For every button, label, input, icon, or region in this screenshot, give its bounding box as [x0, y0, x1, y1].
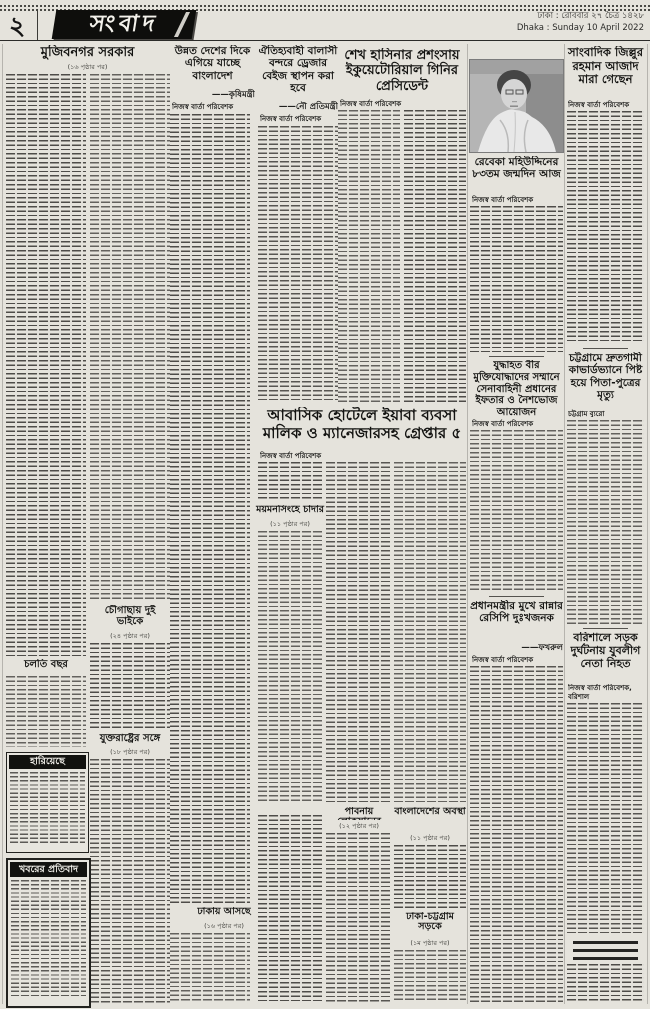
byline: চট্টগ্রাম ব্যুরো — [568, 408, 644, 417]
body-text-column — [258, 126, 338, 403]
body-text-column — [338, 110, 400, 405]
news-protest-body — [11, 880, 86, 996]
body-text-column — [6, 676, 86, 747]
subhead-mymensingh: ময়মনসিংহে চাঁদার — [250, 505, 330, 518]
article-separator-rule — [489, 356, 544, 357]
continued-note: (১৬ পৃষ্ঠার পর) — [6, 62, 169, 70]
continued-note: (১৬ পৃষ্ঠার পর) — [184, 921, 264, 929]
body-text-column — [567, 111, 644, 344]
attribution-minister: ——কৃষিমন্ত্রী — [170, 88, 255, 99]
portrait-illustration — [470, 60, 563, 152]
masthead-title: সংবাদ — [88, 13, 160, 36]
byline: নিজস্ব বার্তা পরিবেশক — [260, 450, 360, 459]
continued-note: (১৮ পৃষ্ঠার পর) — [90, 747, 170, 755]
body-text-column — [6, 74, 86, 656]
page-number: ২ — [9, 13, 25, 38]
right-edge-rule — [647, 44, 648, 1004]
masthead-logo: সংবাদ — [52, 10, 197, 39]
headline-sheikh-hasina: শেখ হাসিনার প্রশংসায় ইকুয়েটোরিয়াল গিন… — [338, 48, 466, 95]
body-text-column — [470, 666, 563, 1003]
body-text-column — [470, 430, 563, 592]
dateline-bengali: ঢাকা : রোববার ২৭ চৈত্র ১৪২৮ — [394, 10, 644, 22]
lost-notice-body — [10, 772, 85, 844]
byline: নিজস্ব বার্তা পরিবেশক — [260, 113, 338, 122]
byline: নিজস্ব বার্তা পরিবেশক — [472, 418, 562, 427]
body-text-column — [258, 815, 322, 1003]
continued-note: (২৪ পৃষ্ঠার পর) — [90, 631, 170, 639]
body-text-column — [258, 462, 322, 501]
header-bottom-rule — [0, 40, 650, 41]
subhead-bangladesh-abostha: বাংলাদেশের অবস্থা — [394, 807, 466, 832]
article-separator-rule — [583, 348, 628, 349]
lost-notice-box: হারিয়েছে — [6, 752, 89, 853]
body-text-column — [567, 964, 644, 1003]
byline: নিজস্ব বার্তা পরিবেশক — [172, 101, 254, 110]
body-text-column — [567, 420, 644, 624]
article-separator-rule — [583, 628, 628, 629]
rebeka-mohiuddin-photo — [470, 60, 563, 152]
news-protest-box: খবরের প্রতিবাদ — [6, 858, 91, 1008]
top-dotted-rule — [0, 5, 650, 7]
body-text-column — [326, 462, 390, 803]
subhead-chougachha: চৌগাছায় দুই ভাইকে — [90, 605, 170, 630]
left-edge-rule — [2, 44, 3, 1004]
lost-notice-title: হারিয়েছে — [9, 755, 86, 769]
body-text-column — [394, 950, 466, 1003]
body-text-column — [258, 531, 322, 803]
subhead-dhaka-ctg-road: ঢাকা-চট্টগ্রাম সড়কে — [394, 912, 466, 937]
subhead-pabna: পাবনায় লোকসানের — [326, 807, 392, 820]
headline-balashi: ঐতিহ্যবাহী বালাসী বন্দরে ড্রেজার বেইজ স্… — [258, 45, 338, 99]
header-divider-rule — [37, 9, 38, 40]
headline-army-iftar: যুদ্ধাহত বীর মুক্তিযোদ্ধাদের সম্মানে সেন… — [470, 360, 563, 416]
headline-mujibnagar: মুজিবনগর সরকার — [6, 45, 169, 61]
continued-note: (১১ পৃষ্ঠার পর) — [394, 833, 466, 841]
body-text-column — [394, 462, 466, 803]
subhead-dhakay-aschhe: ঢাকায় আসছে — [184, 907, 264, 920]
continued-note: (১১ পৃষ্ঠার পর) — [250, 519, 330, 527]
body-text-column — [170, 114, 250, 903]
headline-rebeka-birthday: রেবেকা মহিউদ্দিনের ৮৩তম জন্মদিন আজ — [470, 156, 563, 192]
body-text-column — [470, 206, 563, 352]
newspaper-page: ২ সংবাদ ঢাকা : রোববার ২৭ চৈত্র ১৪২৮ Dhak… — [0, 0, 650, 1009]
body-text-column — [326, 833, 390, 1003]
body-text-column — [394, 845, 466, 909]
body-text-column — [404, 110, 466, 405]
headline-covered-van: চট্টগ্রামে দ্রুতগামী কাভার্ডভ্যানে পিষ্ট… — [567, 352, 644, 406]
news-protest-title: খবরের প্রতিবাদ — [10, 862, 87, 877]
body-text-column — [90, 643, 170, 729]
article-separator-rule — [489, 596, 544, 597]
attribution-minister: ——নৌ প্রতিমন্ত্রী — [258, 100, 338, 111]
continued-note: (১ম পৃষ্ঠার পর) — [394, 938, 466, 946]
body-text-column — [90, 759, 170, 1004]
column-rule — [467, 44, 468, 1004]
byline: নিজস্ব বার্তা পরিবেশক — [340, 98, 435, 107]
continued-note: (১২ পৃষ্ঠার পর) — [326, 821, 392, 829]
headline-unnata-desh: উন্নত দেশের দিকে এগিয়ে যাচ্ছে বাংলাদেশ — [170, 45, 255, 87]
headline-fakhrul-recipe: প্রধানমন্ত্রীর মুখে রান্নার রেসিপি দুঃখজ… — [470, 600, 563, 640]
headline-zillur-death: সাংবাদিক জিল্লুর রহমান আজাদ মারা গেছেন — [567, 46, 644, 96]
headline-barishal-accident: বরিশালে সড়ক দুর্ঘটনায় যুবলীগ নেতা নিহত — [567, 632, 644, 682]
byline: নিজস্ব বার্তা পরিবেশক — [568, 99, 644, 108]
attribution-fakhrul: ——ফখরুল — [470, 641, 563, 652]
column-rule — [564, 44, 565, 1004]
byline: নিজস্ব বার্তা পরিবেশক — [472, 654, 562, 663]
illegible-bold-subhead — [573, 941, 638, 961]
headline-yaba-arrests: আবাসিক হোটেলে ইয়াবা ব্যবসা মালিক ও ম্যা… — [258, 407, 466, 448]
dateline-english: Dhaka : Sunday 10 April 2022 — [394, 22, 644, 34]
subhead-juktorashtro: যুক্তরাষ্ট্রের সঙ্গে — [90, 733, 170, 746]
body-text-column — [90, 74, 170, 602]
body-text-column — [170, 933, 250, 1003]
subhead-chalti-bachhar: চলতি বছর — [6, 659, 86, 672]
byline: নিজস্ব বার্তা পরিবেশক — [472, 194, 562, 203]
byline: নিজস্ব বার্তা পরিবেশক, বরিশাল — [568, 684, 644, 701]
dateline: ঢাকা : রোববার ২৭ চৈত্র ১৪২৮ Dhaka : Sund… — [394, 10, 644, 35]
body-text-column — [567, 703, 644, 936]
